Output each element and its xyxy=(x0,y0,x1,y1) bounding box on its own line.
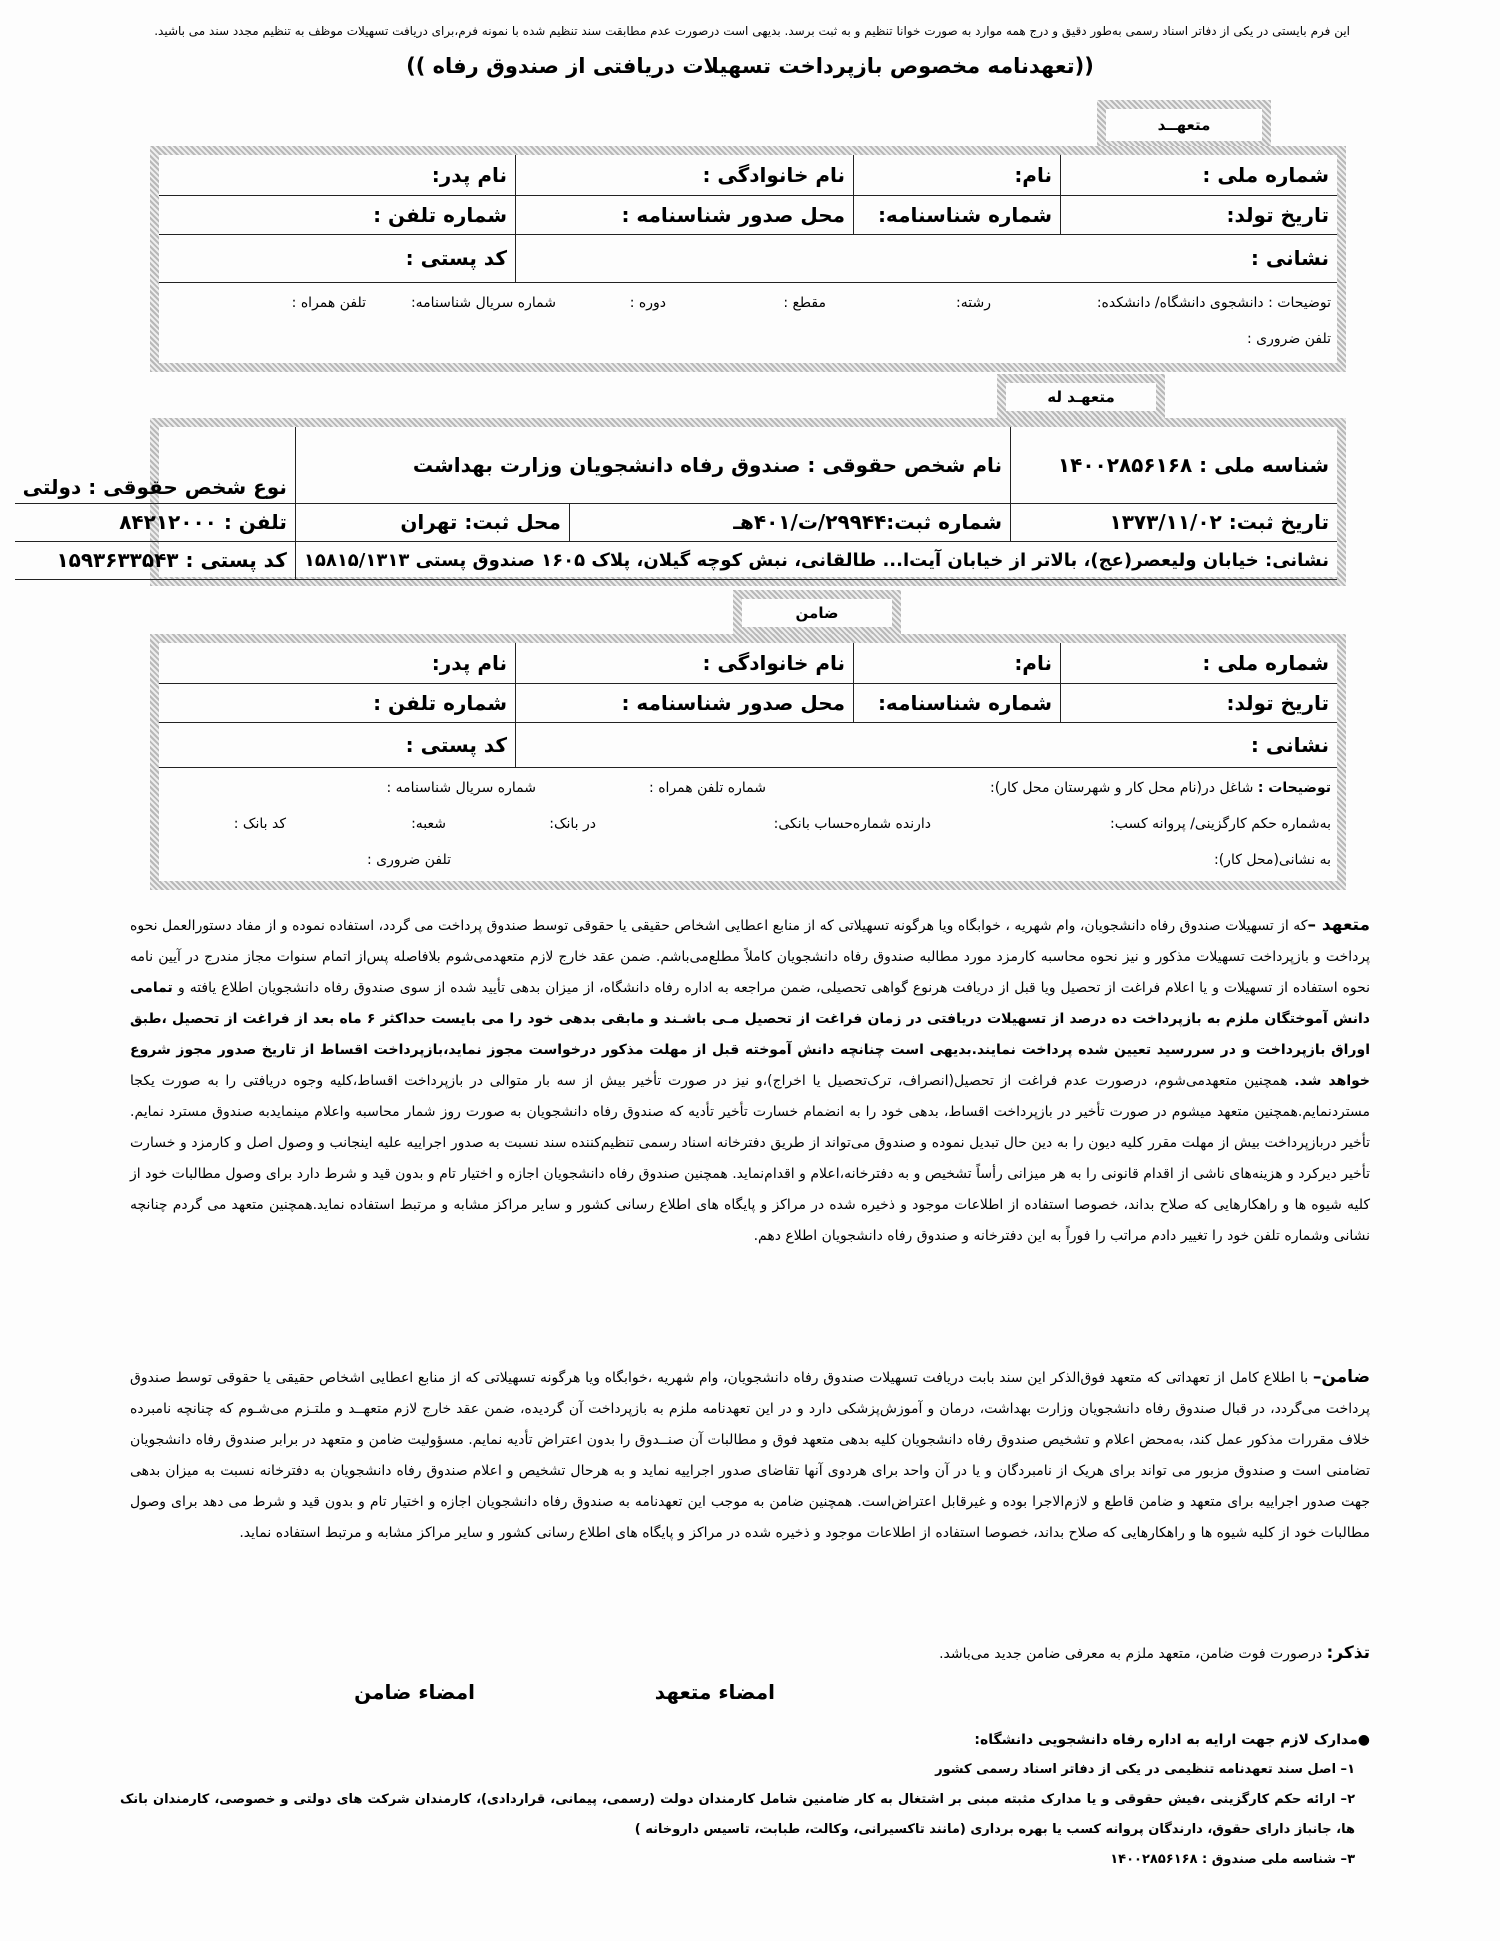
notice-text: این فرم بایستی در یکی از دفاتر اسناد رسم… xyxy=(150,24,1350,38)
obligee-reg-number: شماره ثبت:۲۹۹۴۴/ت/۴۰۱هـ xyxy=(569,503,1010,541)
guarantor-id-number[interactable]: شماره شناسنامه: xyxy=(854,683,1061,722)
obligor-notes: توضیحات : دانشجوی دانشگاه/ دانشکده: رشته… xyxy=(159,283,1337,367)
guarantor-notes-serial: شماره سریال شناسنامه : xyxy=(387,780,537,796)
obligor-id-place[interactable]: محل صدور شناسنامه : xyxy=(516,195,854,234)
obligor-father-name[interactable]: نام پدر: xyxy=(159,155,516,195)
obligee-box: شناسه ملی : ۱۴۰۰۲۸۵۶۱۶۸ نام شخص حقوقی : … xyxy=(150,418,1346,586)
guarantor-notes-mobile: شماره تلفن همراه : xyxy=(649,780,766,796)
obligor-paragraph-lead: متعهد – xyxy=(1307,915,1370,935)
required-documents: ●مدارک لازم جهت ارایه به اداره رفاه دانش… xyxy=(120,1725,1370,1875)
guarantor-address[interactable]: نشانی : xyxy=(516,722,1338,767)
obligee-postal-code: کد پستی : ۱۵۹۳۶۳۳۵۴۳ xyxy=(15,541,296,579)
guarantor-signature: امضاء ضامن xyxy=(354,1680,475,1704)
guarantor-last-name[interactable]: نام خانوادگی : xyxy=(516,643,854,683)
reminder-text: درصورت فوت ضامن، متعهد ملزم به معرفی ضام… xyxy=(939,1646,1326,1662)
guarantor-notes-branch: شعبه: xyxy=(411,816,446,832)
obligor-notes-serial: شماره سریال شناسنامه: xyxy=(411,295,556,311)
obligee-legal-type: نوع شخص حقوقی : دولتی xyxy=(15,427,296,503)
guarantor-paragraph-text: با اطلاع کامل از تعهداتی که متعهد فوق‌ال… xyxy=(130,1370,1370,1541)
documents-item-3: ۳– شناسه ملی صندوق : ۱۴۰۰۲۸۵۶۱۶۸ xyxy=(120,1845,1370,1875)
page-title: ((تعهدنامه مخصوص بازپرداخت تسهیلات دریاف… xyxy=(0,54,1500,78)
obligee-national-id: شناسه ملی : ۱۴۰۰۲۸۵۶۱۶۸ xyxy=(1011,427,1338,503)
guarantor-notes-work-address: به نشانی(محل کار): xyxy=(1214,852,1331,868)
guarantor-paragraph: ضامن– با اطلاع کامل از تعهداتی که متعهد … xyxy=(130,1362,1370,1549)
guarantor-birth-date[interactable]: تاریخ تولد: xyxy=(1061,683,1338,722)
guarantor-notes-emergency: تلفن ضروری : xyxy=(367,852,451,868)
guarantor-paragraph-lead: ضامن– xyxy=(1313,1367,1370,1387)
obligor-paragraph: متعهد –که از تسهیلات صندوق رفاه دانشجویا… xyxy=(130,910,1370,1252)
guarantor-first-name[interactable]: نام: xyxy=(854,643,1061,683)
obligor-paragraph-text1: که از تسهیلات صندوق رفاه دانشجویان، وام … xyxy=(130,918,1370,996)
guarantor-notes-desc-label: توضیحات : xyxy=(1258,780,1331,796)
obligor-birth-date[interactable]: تاریخ تولد: xyxy=(1061,195,1338,234)
obligor-notes-major: رشته: xyxy=(956,295,991,311)
obligor-postal-code[interactable]: کد پستی : xyxy=(159,234,516,282)
obligor-last-name[interactable]: نام خانوادگی : xyxy=(516,155,854,195)
reminder-lead: تذکر: xyxy=(1327,1643,1370,1663)
obligee-address: نشانی: خیابان ولیعصر(عج)، بالاتر از خیاب… xyxy=(295,541,1337,579)
obligor-paragraph-text2: همچنین متعهدمی‌شوم، درصورت عدم فراغت از … xyxy=(130,1073,1370,1244)
guarantor-phone[interactable]: شماره تلفن : xyxy=(159,683,516,722)
reminder: تذکر: درصورت فوت ضامن، متعهد ملزم به معر… xyxy=(130,1638,1370,1670)
obligor-notes-desc: توضیحات : دانشجوی دانشگاه/ دانشکده: xyxy=(1097,295,1331,311)
obligor-first-name[interactable]: نام: xyxy=(854,155,1061,195)
obligor-notes-term: دوره : xyxy=(630,295,666,311)
obligee-reg-place: محل ثبت: تهران xyxy=(295,503,569,541)
obligor-box: شماره ملی : نام: نام خانوادگی : نام پدر:… xyxy=(150,146,1346,372)
guarantor-notes-bank-code: کد بانک : xyxy=(234,816,286,832)
obligee-reg-date: تاریخ ثبت: ۱۳۷۳/۱۱/۰۲ xyxy=(1011,503,1338,541)
guarantor-notes-bank: در بانک: xyxy=(549,816,596,832)
documents-heading: ●مدارک لازم جهت ارایه به اداره رفاه دانش… xyxy=(120,1725,1370,1755)
guarantor-notes-account: دارنده شماره‌حساب بانکی: xyxy=(774,816,931,832)
obligor-id-number[interactable]: شماره شناسنامه: xyxy=(854,195,1061,234)
guarantor-notes: توضیحات : شاغل در(نام محل کار و شهرستان … xyxy=(159,768,1337,888)
obligor-phone[interactable]: شماره تلفن : xyxy=(159,195,516,234)
documents-item-2: ۲– ارائه حکم کارگزینی ،فیش حقوقی و یا مد… xyxy=(120,1785,1370,1845)
guarantor-national-id[interactable]: شماره ملی : xyxy=(1061,643,1338,683)
guarantor-notes-decree: به‌شماره حکم کارگزینی/ پروانه کسب: xyxy=(1110,816,1331,832)
guarantor-postal-code[interactable]: کد پستی : xyxy=(159,722,516,767)
guarantor-notes-employed: شاغل در(نام محل کار و شهرستان محل کار): xyxy=(990,780,1253,796)
obligee-tag: متعهـد له xyxy=(997,374,1165,420)
documents-item-1: ۱– اصل سند تعهدنامه تنظیمی در یکی از دفا… xyxy=(120,1755,1370,1785)
obligor-notes-emergency: تلفن ضروری : xyxy=(1247,331,1331,347)
guarantor-tag: ضامن xyxy=(733,590,901,636)
obligee-legal-name: نام شخص حقوقی : صندوق رفاه دانشجویان وزا… xyxy=(295,427,1010,503)
guarantor-father-name[interactable]: نام پدر: xyxy=(159,643,516,683)
obligor-address[interactable]: نشانی : xyxy=(516,234,1338,282)
obligor-national-id[interactable]: شماره ملی : xyxy=(1061,155,1338,195)
guarantor-box: شماره ملی : نام: نام خانوادگی : نام پدر:… xyxy=(150,634,1346,890)
obligee-phone: تلفن : ۸۴۲۱۲۰۰۰ xyxy=(15,503,296,541)
guarantor-id-place[interactable]: محل صدور شناسنامه : xyxy=(516,683,854,722)
obligor-signature: امضاء متعهد xyxy=(655,1680,775,1704)
obligor-tag: متعهــد xyxy=(1097,100,1271,150)
obligor-notes-mobile: تلفن همراه : xyxy=(292,295,366,311)
obligor-notes-level: مقطع : xyxy=(783,295,826,311)
